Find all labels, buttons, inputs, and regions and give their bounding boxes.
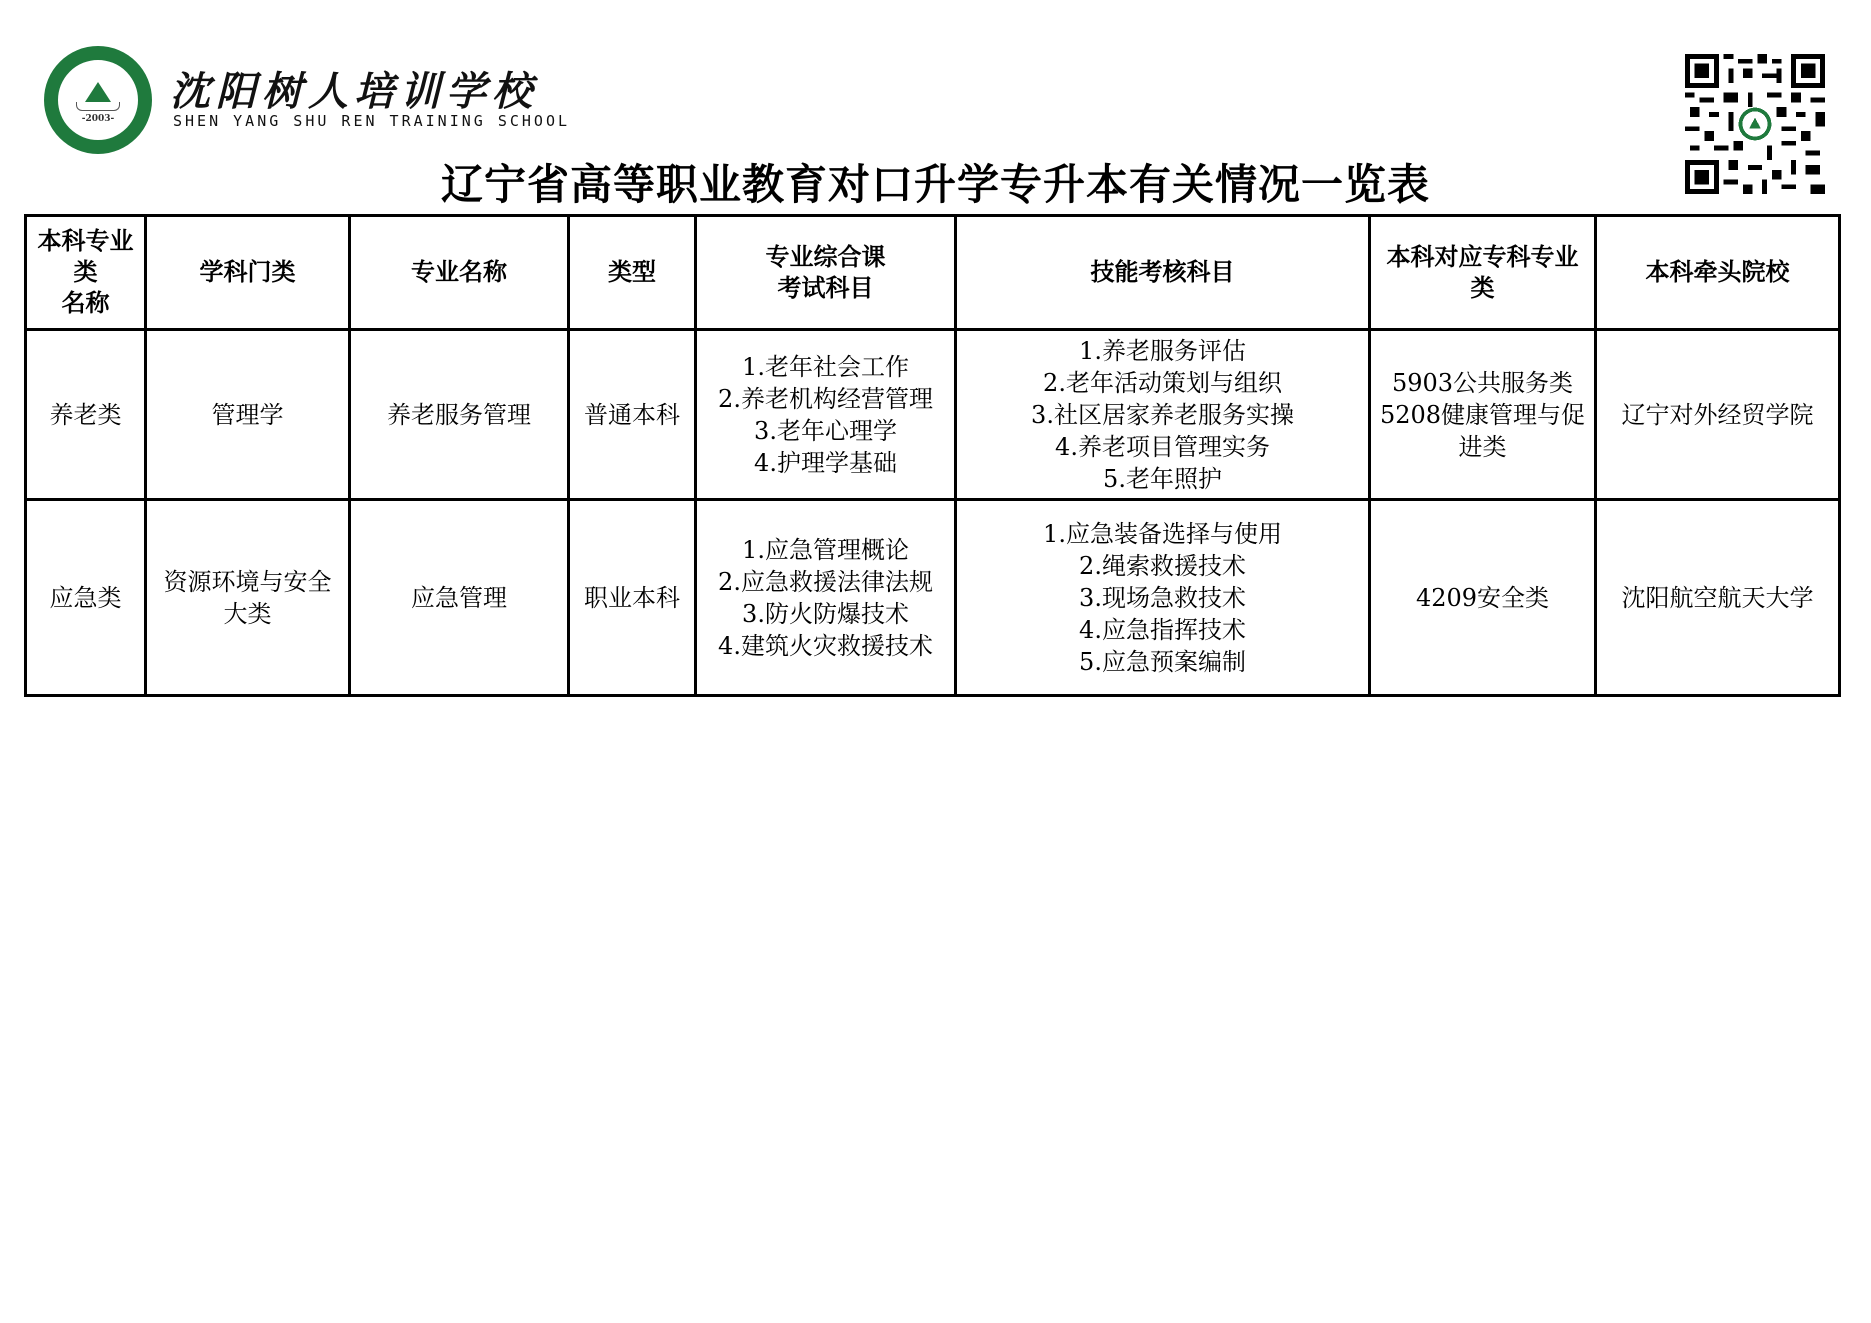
- header-major: 专业名称: [350, 216, 569, 330]
- cell-type: 职业本科: [569, 500, 696, 696]
- cell-exam-subjects: 1.应急管理概论 2.应急救援法律法规 3.防火防爆技术 4.建筑火灾救援技术: [696, 500, 956, 696]
- header-vocational-classes: 本科对应专科专业 类: [1370, 216, 1596, 330]
- school-emblem-icon: -2003-: [44, 46, 152, 154]
- header-exam-subjects: 专业综合课 考试科目: [696, 216, 956, 330]
- cell-exam-subjects: 1.老年社会工作 2.养老机构经营管理 3.老年心理学 4.护理学基础: [696, 330, 956, 500]
- cell-major: 养老服务管理: [350, 330, 569, 500]
- cell-type: 普通本科: [569, 330, 696, 500]
- school-name-cn: 沈阳树人培训学校: [170, 60, 538, 117]
- header-skill-subjects: 技能考核科目: [956, 216, 1370, 330]
- cell-lead-school: 辽宁对外经贸学院: [1596, 330, 1840, 500]
- cell-discipline: 资源环境与安全 大类: [146, 500, 350, 696]
- school-name-en: SHEN YANG SHU REN TRAINING SCHOOL: [173, 112, 570, 130]
- cell-skill-subjects: 1.应急装备选择与使用 2.绳索救援技术 3.现场急救技术 4.应急指挥技术 5…: [956, 500, 1370, 696]
- cell-vocational-classes: 4209安全类: [1370, 500, 1596, 696]
- table-row: 应急类 资源环境与安全 大类 应急管理 职业本科 1.应急管理概论 2.应急救援…: [26, 500, 1840, 696]
- emblem-year: -2003-: [82, 114, 115, 124]
- header-category: 本科专业 类 名称: [26, 216, 146, 330]
- cell-lead-school: 沈阳航空航天大学: [1596, 500, 1840, 696]
- table-header-row: 本科专业 类 名称 学科门类 专业名称 类型 专业综合课 考试科目 技能考核科目…: [26, 216, 1840, 330]
- emblem-inner: -2003-: [56, 58, 140, 142]
- cell-skill-subjects: 1.养老服务评估 2.老年活动策划与组织 3.社区居家养老服务实操 4.养老项目…: [956, 330, 1370, 500]
- tent-icon: [85, 82, 111, 102]
- cell-vocational-classes: 5903公共服务类 5208健康管理与促 进类: [1370, 330, 1596, 500]
- book-icon: [76, 102, 120, 111]
- table-row: 养老类 管理学 养老服务管理 普通本科 1.老年社会工作 2.养老机构经营管理 …: [26, 330, 1840, 500]
- header-discipline: 学科门类: [146, 216, 350, 330]
- header-lead-school: 本科牵头院校: [1596, 216, 1840, 330]
- cell-major: 应急管理: [350, 500, 569, 696]
- page-title: 辽宁省高等职业教育对口升学专升本有关情况一览表: [0, 152, 1871, 212]
- cell-category: 养老类: [26, 330, 146, 500]
- cell-discipline: 管理学: [146, 330, 350, 500]
- header-type: 类型: [569, 216, 696, 330]
- admission-info-table: 本科专业 类 名称 学科门类 专业名称 类型 专业综合课 考试科目 技能考核科目…: [24, 214, 1841, 697]
- cell-category: 应急类: [26, 500, 146, 696]
